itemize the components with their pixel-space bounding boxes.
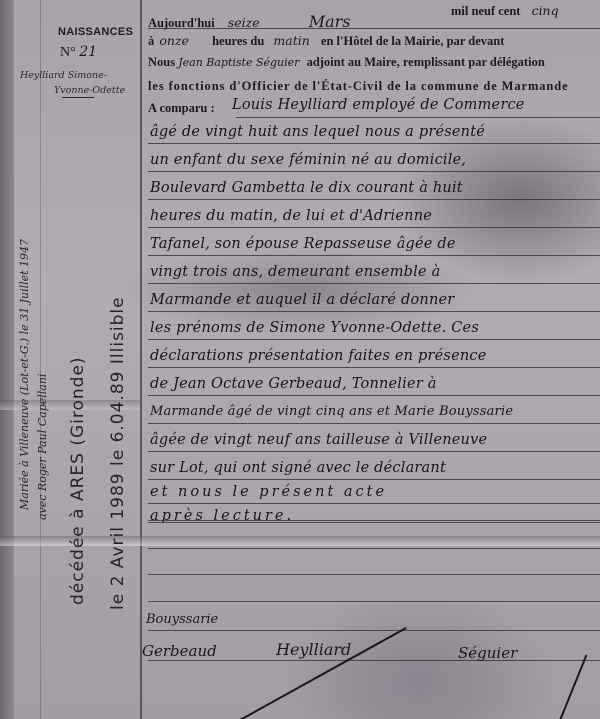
signature-flourish — [559, 655, 587, 719]
margin-rule — [140, 0, 142, 719]
death-annotation-line1: décédée à ARES (Gironde) — [68, 356, 88, 605]
name-underline — [62, 97, 94, 98]
marriage-annotation-line2: avec Roger Paul Capellani — [36, 374, 49, 520]
signature-heylliard: Heylliard — [276, 640, 351, 659]
ruled-line — [148, 367, 600, 368]
death-annotation-line2: le 2 Avril 1989 le 6.04.89 Illisible — [108, 296, 128, 610]
marriage-annotation-line1: Mariée à Villeneuve (Lot-et-G.) le 31 Ju… — [18, 239, 31, 510]
ruled-line — [148, 395, 600, 396]
ruled-line — [148, 479, 600, 480]
paper-fold — [0, 536, 600, 546]
printed-hotel-mairie: en l'Hôtel de la Mairie, par devant — [321, 34, 504, 48]
body-line-14: sur Lot, qui ont signé avec le déclarant — [150, 460, 446, 476]
printed-mil-neuf-cent: mil neuf cent — [451, 4, 520, 18]
register-page: NAISSANCES N° 21 Heylliard Simone- Yvonn… — [0, 0, 600, 719]
signature-bouyssarie: Bouyssarie — [146, 612, 218, 627]
body-line-11: de Jean Octave Gerbeaud, Tonnelier à — [150, 376, 437, 392]
ruled-line — [148, 311, 600, 312]
ruled-line — [148, 339, 600, 340]
printed-heures-du: heures du — [212, 34, 264, 48]
section-header: NAISSANCES — [58, 26, 133, 38]
body-line-1: Louis Heylliard employé de Commerce — [232, 97, 525, 113]
body-line-6: Tafanel, son épouse Repasseuse âgée de — [150, 236, 456, 252]
ruled-line — [148, 660, 600, 661]
body-line-3: un enfant du sexe féminin né au domicile… — [150, 152, 466, 168]
hw-year: cinq — [532, 3, 559, 18]
binding-rule — [40, 0, 41, 719]
body-line-8: Marmande et auquel il a déclaré donner — [150, 292, 454, 308]
page-edge-shadow — [0, 0, 14, 719]
ruled-line — [148, 574, 600, 575]
body-line-2: âgé de vingt huit ans lequel nous a prés… — [150, 124, 485, 140]
ruled-line — [148, 520, 600, 521]
printed-nous: Nous — [148, 55, 175, 69]
body-line-7: vingt trois ans, demeurant ensemble à — [150, 264, 440, 280]
ruled-line — [148, 522, 600, 523]
header-line-2: à onze heures du matin en l'Hôtel de la … — [148, 33, 504, 49]
body-line-15: et nous le présent acte — [150, 484, 387, 500]
ruled-line — [148, 227, 600, 228]
entry-number-prefix: N° — [60, 45, 76, 60]
body-line-4: Boulevard Gambetta le dix courant à huit — [150, 180, 463, 196]
ruled-line — [148, 451, 600, 452]
ruled-line — [148, 601, 600, 602]
body-line-12: Marmande âgé de vingt cinq ans et Marie … — [150, 404, 513, 419]
ruled-line — [148, 255, 600, 256]
entry-number-value: 21 — [79, 44, 97, 60]
ruled-line — [148, 283, 600, 284]
body-line-5: heures du matin, de lui et d'Adrienne — [150, 208, 432, 224]
printed-adjoint: adjoint au Maire, remplissant par déléga… — [307, 55, 545, 69]
body-line-13: âgée de vingt neuf ans tailleuse à Ville… — [150, 432, 487, 448]
header-line-3: Nous Jean Baptiste Séguier adjoint au Ma… — [148, 55, 545, 70]
ruled-line — [148, 423, 600, 424]
subject-name-line2: Yvonne-Odette — [20, 83, 140, 98]
header-year: mil neuf cent cinq — [451, 3, 559, 19]
ruled-line — [148, 548, 600, 549]
ruled-line — [236, 117, 600, 118]
hw-hour: onze — [159, 33, 189, 48]
body-line-10: déclarations présentation faites en prés… — [150, 348, 487, 364]
header-line-5: A comparu : — [148, 101, 215, 116]
ruled-line — [148, 28, 600, 29]
ruled-line — [148, 143, 600, 144]
entry-number: N° 21 — [60, 44, 97, 61]
printed-a: à — [148, 34, 154, 48]
ruled-line — [148, 630, 600, 631]
signature-officer: Séguier — [458, 644, 517, 662]
ruled-line — [148, 503, 600, 504]
subject-name: Heylliard Simone- Yvonne-Odette — [20, 68, 140, 98]
body-line-9: les prénoms de Simone Yvonne-Odette. Ces — [150, 320, 479, 336]
ruled-line — [148, 199, 600, 200]
signature-gerbeaud: Gerbeaud — [142, 642, 217, 660]
hw-officer-name: Jean Baptiste Séguier — [178, 56, 299, 69]
header-line-4: les fonctions d'Officier de l'État-Civil… — [148, 79, 569, 94]
subject-name-line1: Heylliard Simone- — [20, 68, 140, 83]
ruled-line — [148, 171, 600, 172]
hw-period: matin — [273, 33, 309, 48]
